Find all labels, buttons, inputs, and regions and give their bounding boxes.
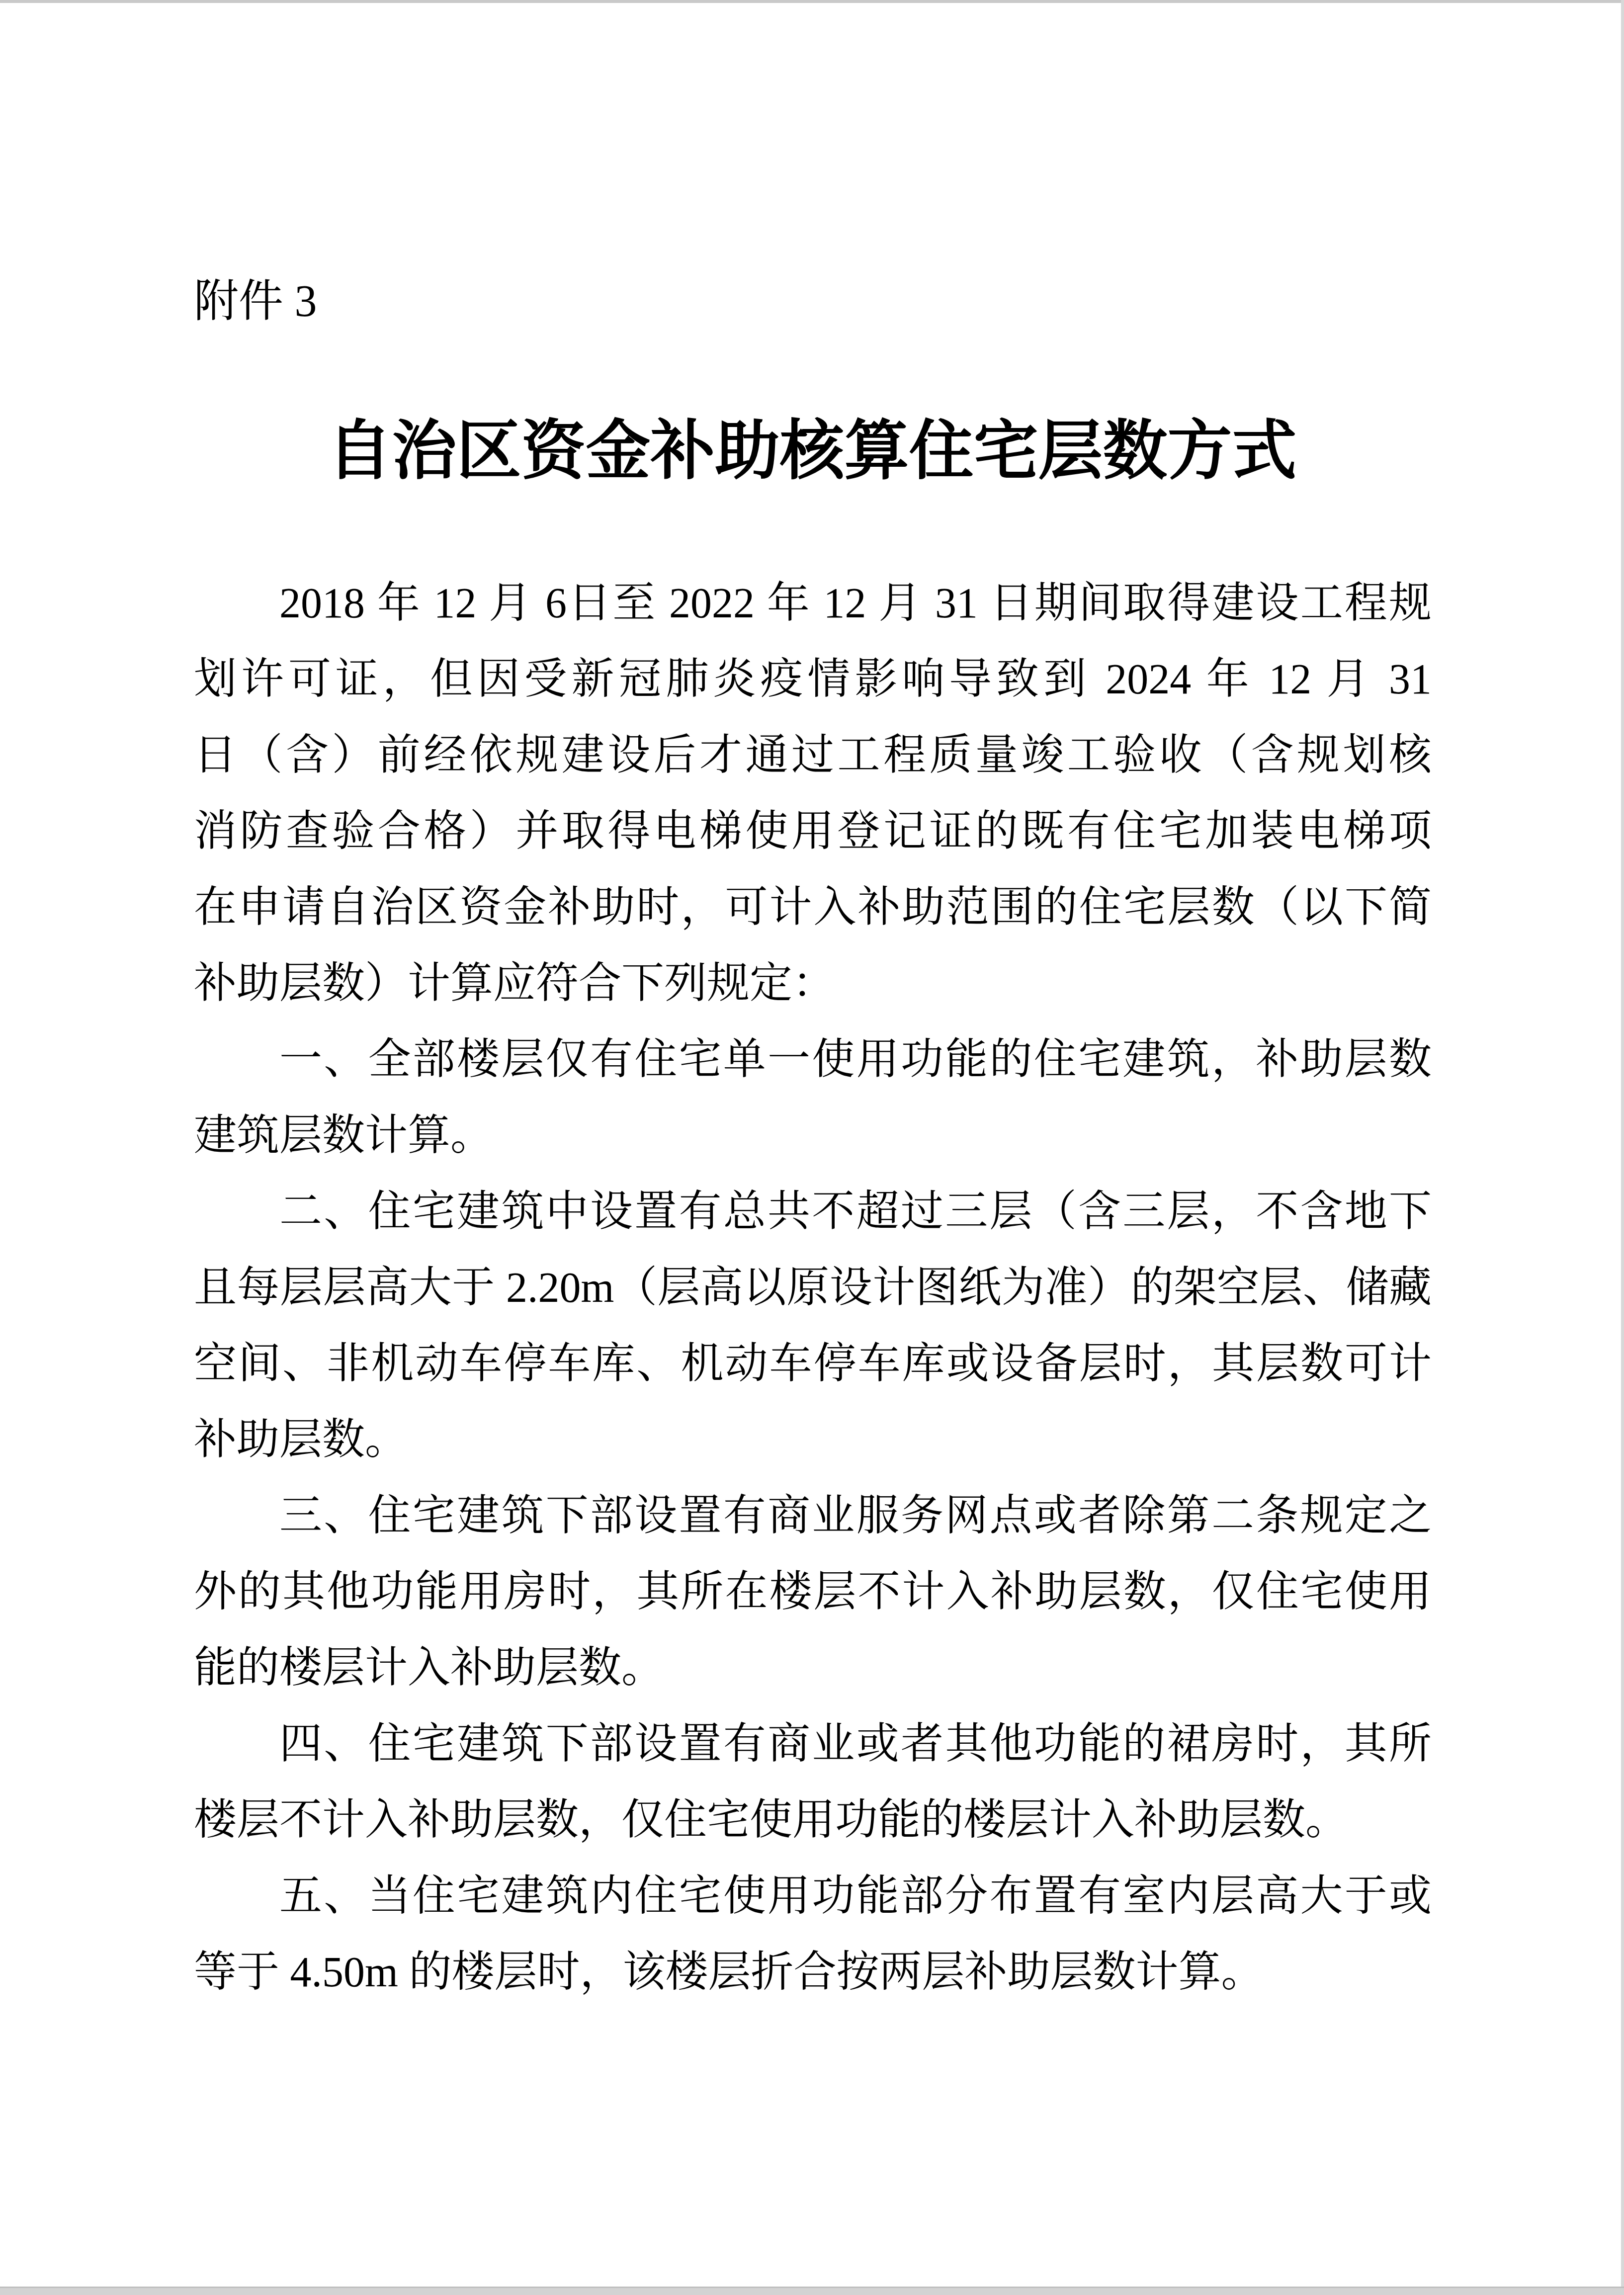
body-line: 补助层数。 bbox=[194, 1402, 1432, 1478]
body-line: 日（含）前经依规建设后才通过工程质量竣工验收（含规划核实、 bbox=[194, 717, 1432, 793]
body-line: 四、住宅建筑下部设置有商业或者其他功能的裙房时，其所在 bbox=[194, 1706, 1432, 1782]
body-line: 补助层数）计算应符合下列规定： bbox=[194, 945, 1432, 1021]
attachment-label: 附件 3 bbox=[194, 274, 317, 329]
page-right-edge bbox=[1621, 0, 1624, 2295]
body-line: 三、住宅建筑下部设置有商业服务网点或者除第二条规定之 bbox=[194, 1478, 1432, 1554]
page-title: 自治区资金补助核算住宅层数方式 bbox=[0, 417, 1624, 486]
page-top-edge bbox=[0, 0, 1624, 3]
body-line: 且每层层高大于 2.20m（层高以原设计图纸为准）的架空层、储藏 bbox=[194, 1250, 1432, 1326]
body-line: 二、住宅建筑中设置有总共不超过三层（含三层，不含地下室） bbox=[194, 1174, 1432, 1250]
body-line: 外的其他功能用房时，其所在楼层不计入补助层数，仅住宅使用功 bbox=[194, 1554, 1432, 1630]
body-line: 楼层不计入补助层数，仅住宅使用功能的楼层计入补助层数。 bbox=[194, 1782, 1432, 1858]
body-line: 等于 4.50m 的楼层时，该楼层折合按两层补助层数计算。 bbox=[194, 1934, 1432, 2010]
body-line: 在申请自治区资金补助时，可计入补助范围的住宅层数（以下简称 bbox=[194, 869, 1432, 945]
body-line: 消防查验合格）并取得电梯使用登记证的既有住宅加装电梯项目， bbox=[194, 793, 1432, 869]
body-line: 能的楼层计入补助层数。 bbox=[194, 1630, 1432, 1706]
page-bottom-edge bbox=[0, 2287, 1624, 2295]
body-line: 空间、非机动车停车库、机动车停车库或设备层时，其层数可计入 bbox=[194, 1326, 1432, 1402]
body-line: 五、当住宅建筑内住宅使用功能部分布置有室内层高大于或 bbox=[194, 1858, 1432, 1934]
document-body: 2018 年 12 月 6日至 2022 年 12 月 31 日期间取得建设工程… bbox=[194, 565, 1432, 2010]
body-line: 一、全部楼层仅有住宅单一使用功能的住宅建筑，补助层数按 bbox=[194, 1021, 1432, 1098]
document-page: 附件 3 自治区资金补助核算住宅层数方式 2018 年 12 月 6日至 202… bbox=[0, 0, 1624, 2295]
body-line: 划许可证，但因受新冠肺炎疫情影响导致到 2024 年 12 月 31 bbox=[194, 641, 1432, 717]
body-line: 2018 年 12 月 6日至 2022 年 12 月 31 日期间取得建设工程… bbox=[194, 565, 1432, 641]
body-line: 建筑层数计算。 bbox=[194, 1098, 1432, 1174]
